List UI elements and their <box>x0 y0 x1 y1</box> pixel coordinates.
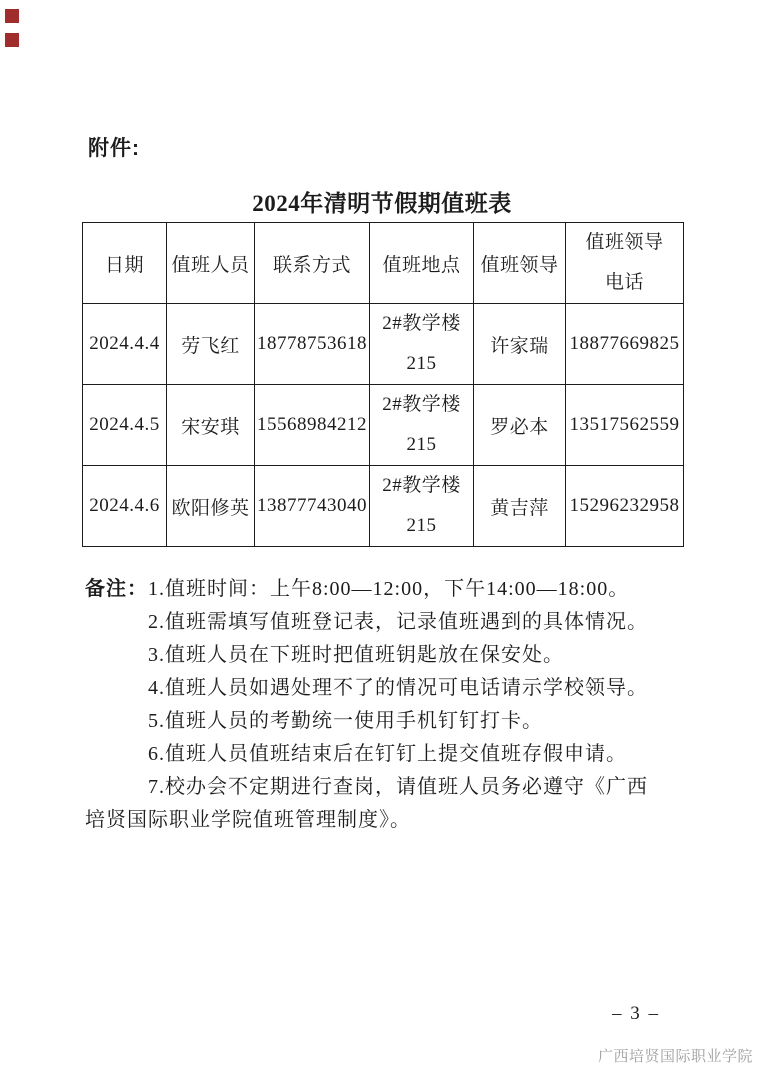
duty-schedule-table: 日期 值班人员 联系方式 值班地点 值班领导 值班领导 电话 2024.4.4 … <box>82 222 684 547</box>
table-row: 2024.4.4 劳飞红 18778753618 2#教学楼 215 许家瑞 1… <box>83 304 684 385</box>
note-line: 7.校办会不定期进行查岗，请值班人员务必遵守《广西 <box>85 771 705 804</box>
header-leader-phone-line1: 值班领导 <box>568 223 681 263</box>
header-date: 日期 <box>83 223 167 304</box>
header-duty-location: 值班地点 <box>370 223 474 304</box>
cell-person: 劳飞红 <box>167 304 255 385</box>
note-line: 4.值班人员如遇处理不了的情况可电话请示学校领导。 <box>85 672 705 705</box>
cell-leader: 罗必本 <box>474 385 566 466</box>
cell-contact: 15568984212 <box>255 385 370 466</box>
footer-watermark: 广西培贤国际职业学院 <box>598 1045 753 1066</box>
red-marker-bottom <box>5 33 19 47</box>
table-row: 2024.4.6 欧阳修英 13877743040 2#教学楼 215 黄吉萍 … <box>83 466 684 547</box>
attachment-label: 附件: <box>88 132 140 162</box>
cell-date: 2024.4.6 <box>83 466 167 547</box>
table-row: 2024.4.5 宋安琪 15568984212 2#教学楼 215 罗必本 1… <box>83 385 684 466</box>
cell-leader: 黄吉萍 <box>474 466 566 547</box>
note-line: 5.值班人员的考勤统一使用手机钉钉打卡。 <box>85 705 705 738</box>
cell-location-line1: 2#教学楼 <box>372 385 471 425</box>
notes-section: 备注：1.值班时间：上午8:00—12:00，下午14:00—18:00。 2.… <box>85 573 705 837</box>
note-line: 2.值班需填写值班登记表，记录值班遇到的具体情况。 <box>85 606 705 639</box>
header-leader-phone: 值班领导 电话 <box>566 223 684 304</box>
cell-leader-phone: 13517562559 <box>566 385 684 466</box>
cell-person: 宋安琪 <box>167 385 255 466</box>
cell-contact: 18778753618 <box>255 304 370 385</box>
header-contact: 联系方式 <box>255 223 370 304</box>
header-duty-leader: 值班领导 <box>474 223 566 304</box>
cell-location: 2#教学楼 215 <box>370 385 474 466</box>
cell-location: 2#教学楼 215 <box>370 466 474 547</box>
note-text: 1.值班时间：上午8:00—12:00，下午14:00—18:00。 <box>148 578 629 600</box>
header-leader-phone-line2: 电话 <box>568 263 681 303</box>
note-line: 3.值班人员在下班时把值班钥匙放在保安处。 <box>85 639 705 672</box>
header-duty-person: 值班人员 <box>167 223 255 304</box>
cell-leader-phone: 18877669825 <box>566 304 684 385</box>
cell-date: 2024.4.5 <box>83 385 167 466</box>
cell-contact: 13877743040 <box>255 466 370 547</box>
table-header-row: 日期 值班人员 联系方式 值班地点 值班领导 值班领导 电话 <box>83 223 684 304</box>
note-line: 培贤国际职业学院值班管理制度》。 <box>85 804 705 837</box>
cell-person: 欧阳修英 <box>167 466 255 547</box>
cell-location-line1: 2#教学楼 <box>372 304 471 344</box>
cell-location-line2: 215 <box>372 425 471 465</box>
cell-leader-phone: 15296232958 <box>566 466 684 547</box>
red-marker-top <box>5 9 19 23</box>
cell-location-line1: 2#教学楼 <box>372 466 471 506</box>
cell-leader: 许家瑞 <box>474 304 566 385</box>
note-line: 备注：1.值班时间：上午8:00—12:00，下午14:00—18:00。 <box>85 573 705 606</box>
page-number: – 3 – <box>612 1003 702 1025</box>
cell-date: 2024.4.4 <box>83 304 167 385</box>
cell-location: 2#教学楼 215 <box>370 304 474 385</box>
cell-location-line2: 215 <box>372 344 471 384</box>
notes-label: 备注： <box>85 578 148 600</box>
cell-location-line2: 215 <box>372 506 471 546</box>
note-line: 6.值班人员值班结束后在钉钉上提交值班存假申请。 <box>85 738 705 771</box>
document-title: 2024年清明节假期值班表 <box>0 185 764 218</box>
